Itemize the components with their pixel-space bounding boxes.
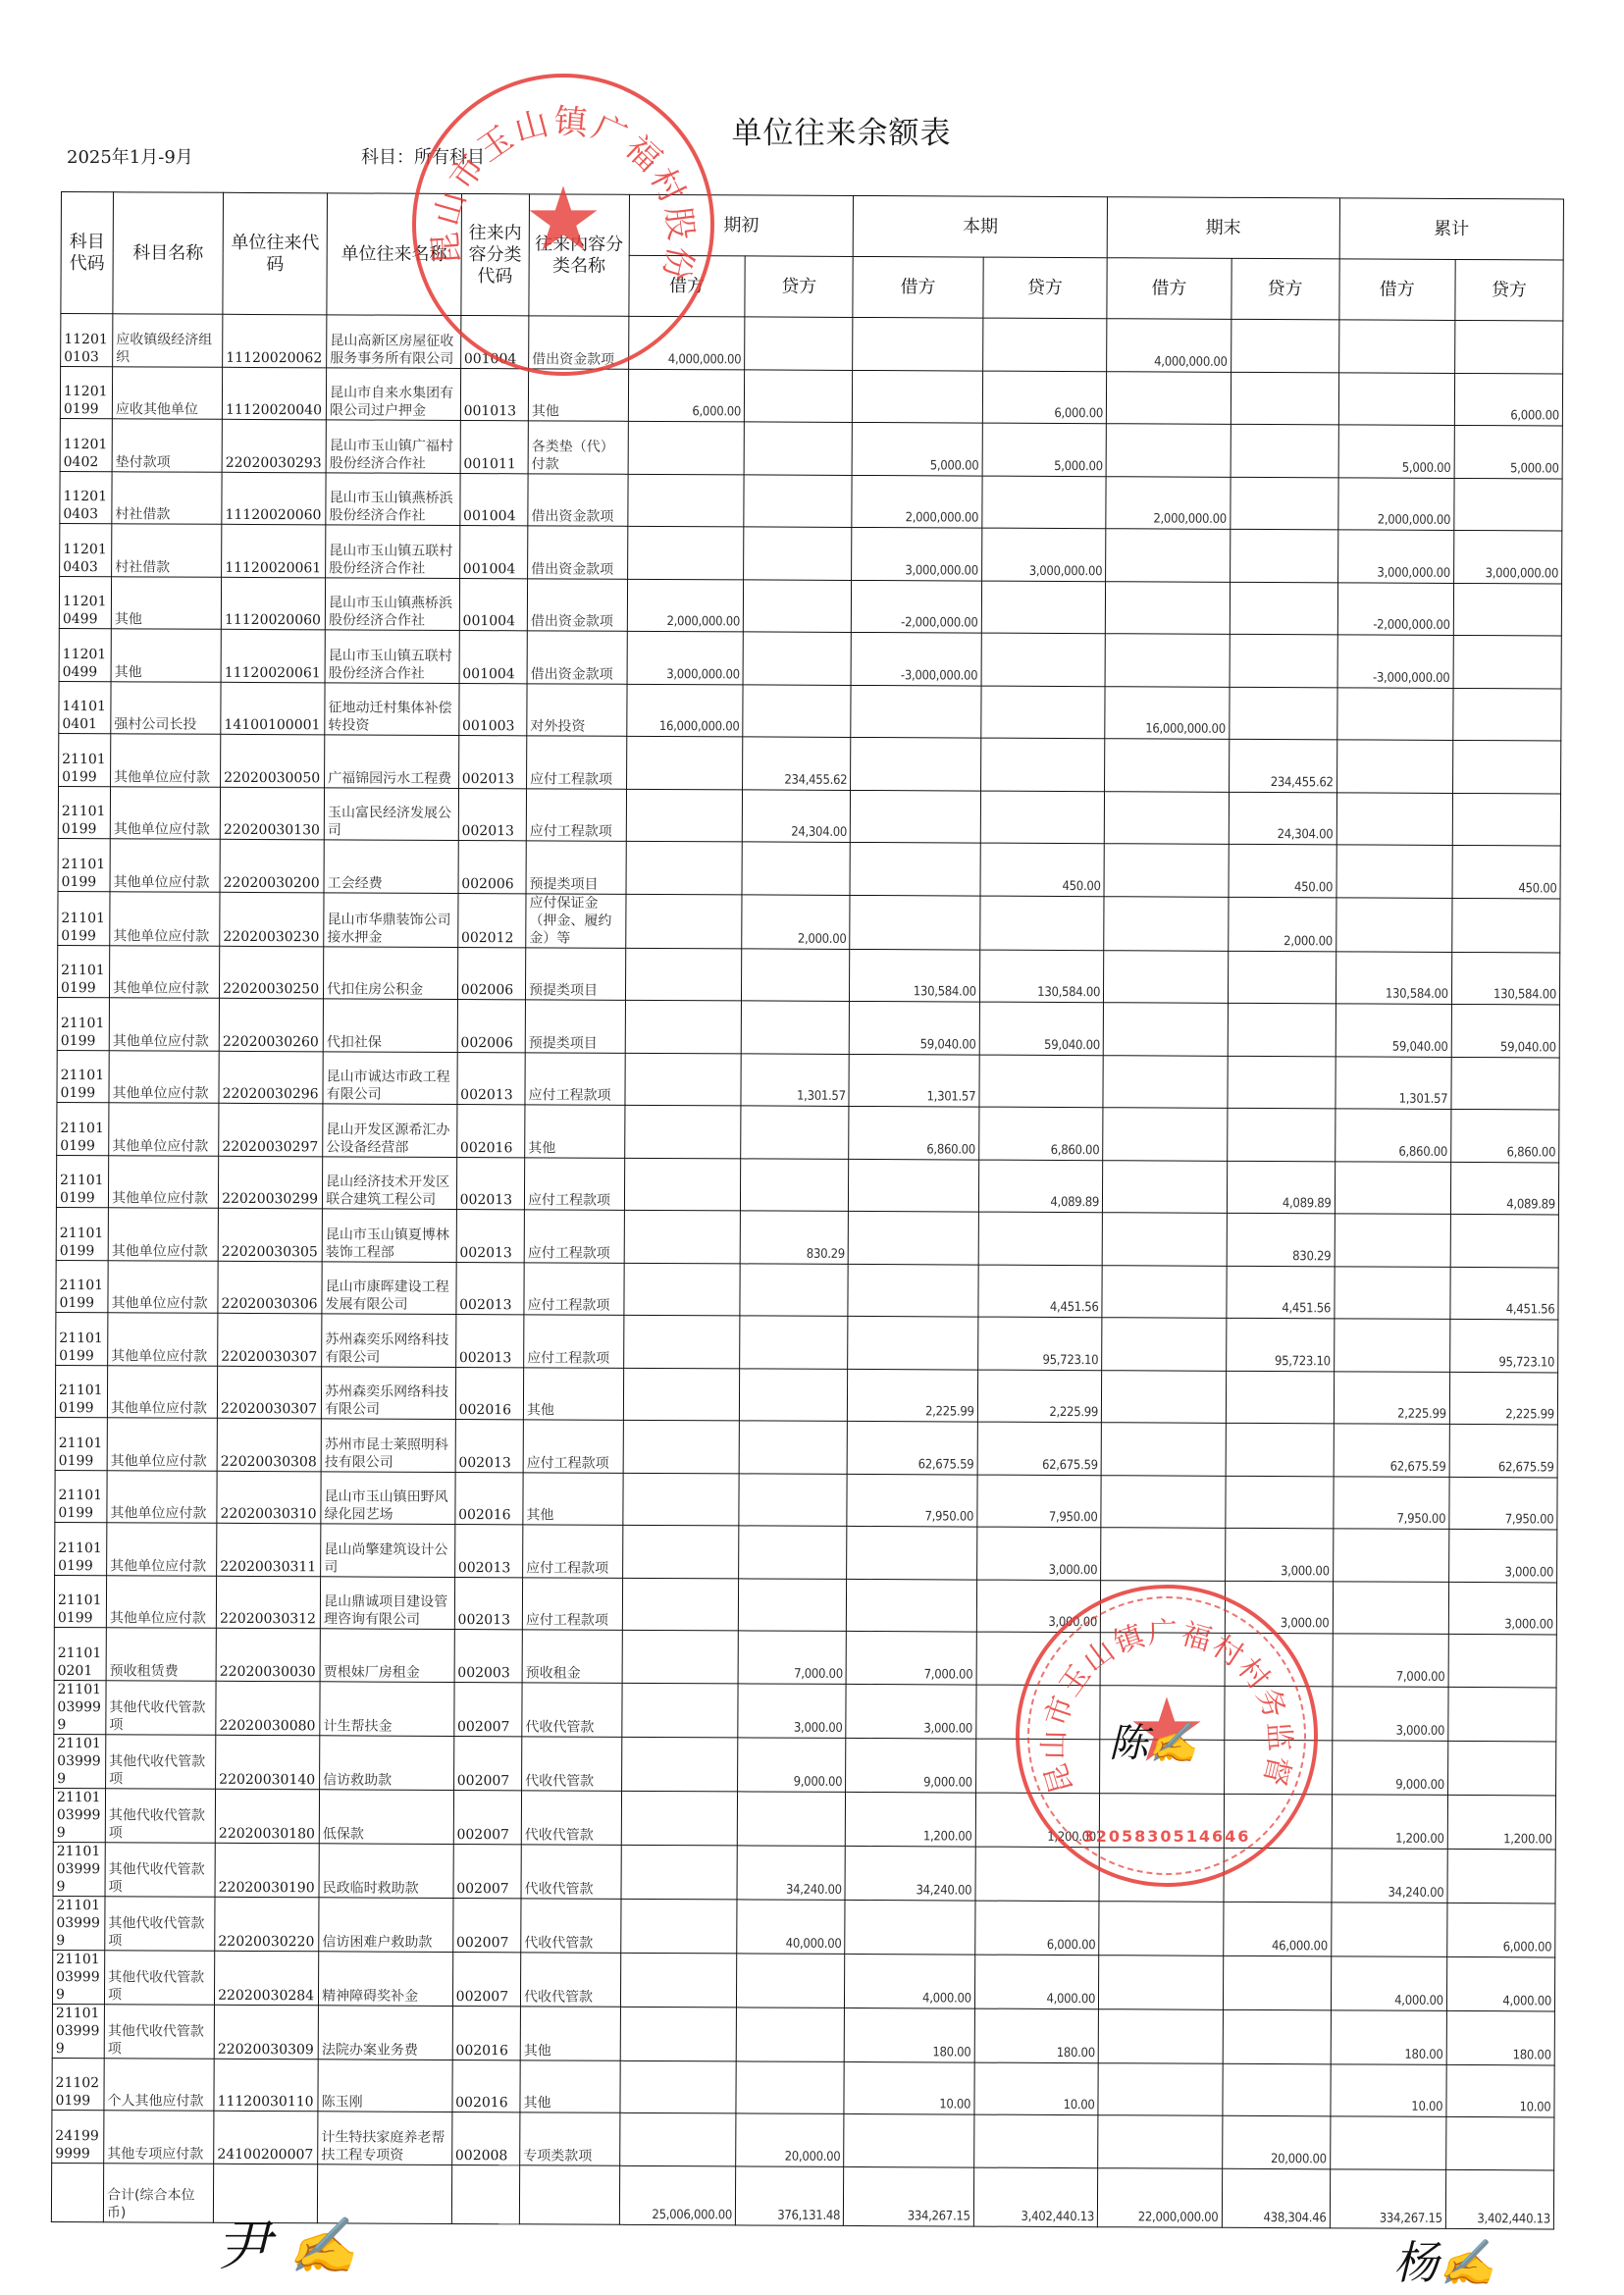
- cell-subject-name: 个人其他应付款: [104, 2058, 214, 2111]
- cell-current-credit: [973, 2114, 1098, 2167]
- cell-opening-credit: [737, 1791, 845, 1846]
- cell-category-name: 应付工程款项: [522, 1577, 622, 1630]
- cell-ending-credit: [1228, 951, 1336, 1004]
- cell-current-credit: 3,000,000.00: [981, 528, 1106, 581]
- cell-current-debit: [845, 1900, 975, 1955]
- cell-subject-name: 其他单位应付款: [107, 1523, 217, 1576]
- cell-category-code: 002007: [453, 1790, 522, 1844]
- cell-ending-debit: [1106, 371, 1231, 424]
- cell-cumulative-credit: [1453, 583, 1561, 636]
- cell-ending-debit: [1106, 424, 1231, 477]
- cell-current-debit: 3,000.00: [846, 1684, 976, 1739]
- col-cumulative-debit: 借方: [1338, 259, 1455, 321]
- cell-ending-debit: [1104, 896, 1229, 951]
- cell-unit-code: 22020030310: [217, 1471, 321, 1524]
- cell-subject-code: 211010199: [54, 1575, 106, 1628]
- cell-unit-code: 22020030230: [220, 892, 324, 947]
- subject-filter-label: 科目：所有科目: [361, 143, 485, 169]
- cell-ending-debit: [1098, 2008, 1223, 2063]
- total-ending-debit: 22,000,000.00: [1098, 2167, 1223, 2227]
- cell-category-code: 001011: [460, 420, 529, 473]
- cell-category-code: 002013: [455, 1419, 524, 1472]
- cell-ending-credit: [1230, 477, 1337, 530]
- cell-opening-debit: [626, 894, 743, 949]
- cell-unit-name: 昆山市玉山镇夏博林装饰工程部: [322, 1209, 456, 1262]
- cell-subject-name: 村社借款: [112, 471, 222, 524]
- cell-subject-name: 其他单位应付款: [110, 891, 220, 946]
- cell-opening-debit: [626, 841, 742, 894]
- cell-category-code: 002007: [454, 1682, 523, 1736]
- cell-unit-code: 22020030050: [221, 734, 325, 787]
- cell-cumulative-credit: [1453, 688, 1561, 741]
- cell-category-name: 其他: [528, 368, 628, 421]
- cell-unit-code: 22020030250: [220, 946, 324, 999]
- cell-unit-name: 苏州森奕乐网络科技有限公司: [322, 1314, 456, 1367]
- cell-opening-debit: [625, 1105, 741, 1158]
- cell-ending-credit: [1226, 1371, 1334, 1424]
- cell-unit-name: 信访困难户救助款: [319, 1897, 453, 1952]
- cell-category-name: 代收代管款: [520, 1952, 620, 2006]
- total-cumulative-debit: 334,267.15: [1330, 2168, 1446, 2228]
- cell-subject-name: 应收其他单位: [112, 366, 222, 419]
- cell-ending-debit: [1098, 2115, 1223, 2168]
- cell-category-name: 其他: [523, 1472, 623, 1525]
- cell-cumulative-debit: 3,000.00: [1332, 1686, 1448, 1741]
- cell-opening-debit: [620, 2112, 736, 2165]
- cell-opening-debit: [622, 1578, 738, 1631]
- cell-category-name: 代收代管款: [522, 1736, 622, 1790]
- cell-subject-code: 112010499: [59, 576, 111, 629]
- cell-current-credit: 10.00: [974, 2062, 1099, 2115]
- cell-category-name: 代收代管款: [521, 1790, 621, 1844]
- cell-ending-debit: [1102, 1370, 1227, 1423]
- cell-category-name: 代收代管款: [521, 1898, 621, 1952]
- cell-category-code: 002007: [452, 1898, 521, 1952]
- cell-ending-credit: 234,455.62: [1229, 739, 1336, 792]
- cell-category-name: 借出资金款项: [528, 526, 628, 579]
- cell-cumulative-debit: [1334, 1266, 1449, 1319]
- cell-current-credit: 130,584.00: [979, 950, 1104, 1003]
- cell-subject-name: 其他代收代管款项: [104, 2004, 214, 2059]
- cell-ending-credit: [1227, 1056, 1335, 1109]
- total-label: 合计(综合本位币): [103, 2163, 213, 2222]
- cell-subject-name: 其他单位应付款: [111, 734, 221, 787]
- cell-opening-debit: [624, 1210, 740, 1263]
- cell-cumulative-debit: 4,000.00: [1331, 1956, 1447, 2010]
- cell-cumulative-credit: [1452, 793, 1560, 846]
- cell-opening-debit: [620, 2007, 737, 2061]
- cell-opening-debit: 2,000,000.00: [627, 579, 743, 632]
- cell-ending-debit: [1099, 1955, 1224, 2009]
- cell-current-credit: 4,089.89: [978, 1160, 1103, 1213]
- cell-ending-credit: [1227, 1108, 1335, 1161]
- cell-cumulative-debit: 7,000.00: [1333, 1634, 1448, 1687]
- cell-current-debit: [848, 1264, 978, 1317]
- cell-unit-code: 22020030293: [222, 419, 326, 472]
- cell-subject-code: 211010199: [58, 838, 110, 891]
- cell-cumulative-credit: [1445, 2116, 1553, 2169]
- cell-category-name: 借出资金款项: [528, 473, 628, 526]
- cell-opening-debit: [624, 1263, 740, 1316]
- cell-ending-debit: [1105, 581, 1230, 634]
- cell-unit-name: 昆山高新区房屋征收服务事务所有限公司: [327, 315, 461, 368]
- cell-cumulative-debit: [1330, 2116, 1445, 2169]
- cell-current-credit: 62,675.59: [977, 1422, 1102, 1475]
- cell-unit-name: 昆山尚擎建筑设计公司: [321, 1524, 455, 1577]
- cell-current-credit: [976, 1632, 1101, 1685]
- cell-category-name: 应付工程款项: [523, 1420, 623, 1473]
- table-row: 211010201预收租赁费22020030030贾根妹厂房租金002003预收…: [54, 1627, 1556, 1687]
- cell-subject-code: 2110103999 9: [53, 1788, 105, 1842]
- cell-subject-name: 其他: [111, 629, 221, 682]
- cell-category-code: 002007: [453, 1736, 522, 1790]
- table-row: 211010199其他单位应付款22020030230昆山市华鼎装饰公司接水押金…: [58, 891, 1560, 952]
- signature-bottom-right: 杨✍: [1393, 2227, 1494, 2292]
- cell-cumulative-debit: [1336, 845, 1452, 898]
- cell-category-name: 其他: [523, 1367, 623, 1420]
- cell-ending-credit: 450.00: [1229, 844, 1336, 897]
- cell-category-code: 002013: [458, 788, 527, 841]
- cell-cumulative-credit: 3,000.00: [1448, 1529, 1556, 1582]
- cell-category-code: 001004: [459, 630, 528, 683]
- cell-current-credit: [979, 1055, 1104, 1108]
- cell-ending-debit: [1104, 844, 1229, 897]
- cell-unit-code: 11120020060: [221, 577, 325, 630]
- cell-unit-name: 昆山市玉山镇燕桥浜股份经济合作社: [325, 577, 459, 630]
- cell-cumulative-debit: 34,240.00: [1332, 1848, 1448, 1903]
- cell-cumulative-credit: [1450, 1214, 1558, 1267]
- cell-subject-code: 2110103999 9: [53, 1842, 105, 1896]
- cell-cumulative-credit: 1,200.00: [1447, 1795, 1555, 1850]
- cell-ending-credit: 830.29: [1227, 1213, 1335, 1266]
- cell-ending-credit: 46,000.00: [1223, 1902, 1331, 1956]
- cell-current-debit: [848, 1316, 978, 1369]
- cell-opening-debit: [622, 1630, 738, 1683]
- cell-cumulative-credit: 2,225.99: [1449, 1372, 1557, 1425]
- cell-current-debit: [851, 790, 981, 843]
- cell-cumulative-debit: [1331, 1902, 1447, 1956]
- cell-opening-credit: [739, 1526, 847, 1579]
- cell-opening-debit: [621, 1791, 738, 1846]
- cell-subject-code: 112010199: [60, 366, 112, 419]
- cell-cumulative-debit: [1336, 687, 1452, 740]
- cell-cumulative-debit: 1,200.00: [1332, 1794, 1448, 1849]
- cell-cumulative-debit: [1335, 1161, 1450, 1214]
- table-row: 211010199其他单位应付款22020030306昆山市康晖建设工程发展有限…: [56, 1260, 1558, 1320]
- cell-subject-code: 211010199: [58, 891, 110, 945]
- cell-subject-name: 其他单位应付款: [109, 998, 219, 1051]
- table-row: 211010199其他单位应付款22020030312昆山鼎诚项目建设管理咨询有…: [54, 1575, 1556, 1635]
- cell-opening-credit: [743, 632, 851, 685]
- cell-ending-debit: [1106, 529, 1231, 582]
- cell-cumulative-credit: [1454, 478, 1562, 531]
- cell-ending-credit: [1224, 1686, 1332, 1741]
- cell-cumulative-debit: 7,950.00: [1333, 1476, 1448, 1529]
- cell-current-credit: 1,200.00: [975, 1793, 1100, 1848]
- cell-current-debit: 9,000.00: [846, 1738, 976, 1793]
- cell-cumulative-credit: 59,040.00: [1451, 1004, 1559, 1057]
- cell-opening-debit: [626, 789, 742, 842]
- cell-unit-code: 11120020060: [222, 472, 326, 525]
- cell-current-credit: [978, 1212, 1103, 1265]
- cell-category-code: 002003: [454, 1629, 523, 1682]
- cell-cumulative-debit: 59,040.00: [1336, 1004, 1451, 1057]
- cell-cumulative-debit: 10.00: [1331, 2063, 1446, 2116]
- cell-current-credit: [982, 318, 1107, 371]
- cell-ending-debit: [1103, 1108, 1228, 1161]
- cell-category-code: 002013: [454, 1524, 523, 1577]
- cell-category-code: 001004: [460, 315, 529, 368]
- cell-ending-debit: [1104, 950, 1229, 1003]
- cell-ending-credit: 2,000.00: [1228, 897, 1336, 952]
- cell-subject-name: 其他单位应付款: [109, 945, 219, 998]
- cell-subject-code: 211010199: [56, 1155, 108, 1208]
- cell-opening-credit: [736, 2060, 844, 2113]
- cell-ending-credit: [1229, 687, 1336, 740]
- table-row: 211010199其他单位应付款22020030200工会经费002006预提类…: [58, 838, 1560, 898]
- cell-ending-debit: [1103, 1003, 1228, 1056]
- cell-unit-code: 22020030311: [217, 1523, 321, 1576]
- cell-opening-credit: [743, 684, 851, 737]
- balance-table: 科目代码 科目名称 单位往来代码 单位往来名称 往来内容分类代码 往来内容分类名…: [51, 191, 1564, 2229]
- cell-category-name: 预提类项目: [525, 947, 625, 1000]
- cell-opening-debit: [625, 1053, 741, 1106]
- cell-unit-code: 22020030284: [215, 1951, 319, 2006]
- cell-category-code: 002013: [456, 1209, 525, 1262]
- cell-opening-credit: 7,000.00: [738, 1631, 846, 1684]
- cell-cumulative-debit: 5,000.00: [1338, 425, 1454, 478]
- cell-cumulative-credit: 3,000.00: [1448, 1582, 1556, 1635]
- cell-current-credit: [982, 476, 1107, 529]
- cell-opening-credit: [741, 1158, 849, 1211]
- cell-cumulative-debit: 2,225.99: [1334, 1371, 1449, 1424]
- cell-ending-credit: [1225, 1633, 1333, 1686]
- cell-cumulative-credit: 4,451.56: [1450, 1267, 1558, 1320]
- cell-cumulative-debit: [1336, 897, 1452, 952]
- cell-opening-debit: [620, 2060, 736, 2113]
- cell-unit-code: 22020030140: [216, 1735, 320, 1790]
- cell-opening-debit: [623, 1525, 739, 1578]
- cell-ending-debit: [1103, 1055, 1228, 1108]
- cell-opening-debit: [624, 1315, 740, 1368]
- cell-cumulative-debit: [1335, 1214, 1450, 1267]
- cell-current-debit: -2,000,000.00: [852, 580, 982, 633]
- col-cumulative-credit: 贷方: [1455, 259, 1563, 321]
- cell-subject-name: 垫付款项: [112, 419, 222, 472]
- cell-category-name: 代收代管款: [522, 1682, 622, 1736]
- cell-ending-debit: [1099, 1847, 1224, 1902]
- cell-ending-credit: 20,000.00: [1222, 2115, 1330, 2168]
- cell-current-credit: [976, 1685, 1101, 1740]
- cell-ending-credit: 95,723.10: [1226, 1318, 1334, 1371]
- cell-ending-debit: [1104, 791, 1229, 844]
- cell-opening-debit: [621, 1899, 738, 1954]
- cell-current-debit: 62,675.59: [847, 1421, 977, 1474]
- cell-unit-code: 22020030030: [216, 1628, 320, 1681]
- cell-category-code: 002007: [452, 1952, 521, 2006]
- cell-category-code: 002016: [455, 1367, 524, 1420]
- cell-subject-code: 112010402: [60, 418, 112, 471]
- cell-opening-debit: [621, 1737, 738, 1792]
- cell-subject-name: 其他代收代管款项: [105, 1896, 215, 1951]
- col-current-credit: 贷方: [983, 257, 1108, 319]
- cell-subject-name: 其他单位应付款: [109, 1103, 219, 1156]
- cell-category-code: 002006: [457, 999, 526, 1052]
- cell-opening-credit: 20,000.00: [736, 2113, 844, 2166]
- cell-cumulative-credit: [1451, 1057, 1559, 1110]
- cell-unit-code: 22020030190: [215, 1843, 319, 1898]
- cell-cumulative-credit: 95,723.10: [1449, 1319, 1557, 1372]
- cell-opening-credit: [744, 474, 852, 527]
- cell-ending-credit: [1223, 1956, 1331, 2010]
- cell-ending-credit: [1225, 1476, 1333, 1529]
- cell-current-credit: [981, 686, 1106, 739]
- header-row-groups: 科目代码 科目名称 单位往来代码 单位往来名称 往来内容分类代码 往来内容分类名…: [61, 192, 1563, 260]
- col-current-debit: 借方: [853, 256, 983, 318]
- cell-current-credit: [979, 896, 1104, 951]
- cell-current-debit: [851, 685, 981, 738]
- cell-cumulative-debit: 3,000,000.00: [1337, 530, 1453, 583]
- cell-unit-name: 代扣社保: [323, 999, 457, 1052]
- cell-current-debit: [851, 737, 981, 790]
- cell-cumulative-debit: 130,584.00: [1336, 951, 1451, 1004]
- cell-subject-code: 211020199: [52, 2058, 104, 2111]
- cell-category-name: 借出资金款项: [527, 578, 627, 631]
- total-current-credit: 3,402,440.13: [973, 2167, 1098, 2227]
- cell-opening-debit: [624, 1158, 740, 1211]
- cell-subject-name: 其他单位应付款: [108, 1260, 218, 1313]
- col-opening-credit: 贷方: [745, 256, 853, 318]
- cell-subject-name: 其他单位应付款: [108, 1313, 218, 1366]
- cell-current-credit: 6,860.00: [978, 1107, 1103, 1160]
- cell-cumulative-debit: 1,301.57: [1336, 1056, 1451, 1109]
- cell-cumulative-credit: [1452, 898, 1560, 953]
- cell-current-debit: 3,000,000.00: [852, 527, 982, 580]
- cell-subject-name: 其他代收代管款项: [105, 1842, 215, 1897]
- col-opening-debit: 借方: [629, 255, 746, 317]
- cell-unit-name: 代扣住房公积金: [324, 946, 458, 999]
- total-current-debit: 334,267.15: [844, 2166, 974, 2226]
- cell-opening-debit: [620, 1953, 737, 2008]
- cell-ending-credit: [1231, 424, 1338, 477]
- cell-subject-code: 211010199: [55, 1470, 107, 1523]
- cell-opening-credit: [744, 422, 852, 475]
- group-ending: 期末: [1107, 197, 1339, 259]
- cell-ending-credit: [1231, 319, 1338, 372]
- cell-subject-code: 211010199: [55, 1522, 107, 1575]
- cell-category-name: 应付保证金（押金、履约金）等: [526, 893, 626, 947]
- cell-ending-debit: 4,000,000.00: [1107, 319, 1231, 372]
- table-row: 112010499其他11120020061昆山市玉山镇五联村股份经济合作社00…: [59, 628, 1561, 688]
- cell-unit-name: 昆山经济技术开发区联合建筑工程公司: [323, 1156, 457, 1209]
- cell-current-credit: 6,000.00: [974, 1901, 1099, 1956]
- cell-cumulative-credit: 5,000.00: [1454, 425, 1562, 478]
- cell-cumulative-credit: 7,950.00: [1449, 1477, 1557, 1530]
- col-ending-credit: 贷方: [1231, 258, 1338, 320]
- cell-unit-code: 11120030110: [214, 2059, 318, 2112]
- cell-subject-code: 2110103999 9: [54, 1734, 106, 1788]
- cell-current-credit: 180.00: [974, 2008, 1099, 2063]
- cell-cumulative-debit: [1334, 1319, 1449, 1372]
- cell-opening-debit: 6,000.00: [628, 369, 744, 422]
- col-subject-code: 科目代码: [61, 192, 114, 314]
- table-row: 211010199其他单位应付款22020030310昆山市玉山镇田野风绿化园艺…: [55, 1470, 1557, 1530]
- cell-opening-credit: [741, 1001, 849, 1054]
- cell-category-code: 002013: [455, 1314, 524, 1367]
- table-row: 2110103999 9其他代收代管款项22020030190民政临时救助款00…: [53, 1842, 1555, 1903]
- cell-opening-debit: 3,000,000.00: [627, 631, 743, 684]
- cell-cumulative-debit: -3,000,000.00: [1337, 635, 1453, 688]
- cell-opening-credit: 1,301.57: [741, 1053, 849, 1106]
- cell-unit-code: 22020030306: [218, 1261, 322, 1314]
- cell-current-credit: [980, 791, 1105, 844]
- cell-category-name: 应付工程款项: [525, 1052, 625, 1105]
- group-cumulative: 累计: [1339, 198, 1564, 260]
- cell-current-debit: -3,000,000.00: [851, 632, 981, 685]
- cell-category-code: 002012: [457, 893, 526, 947]
- cell-category-code: 002016: [455, 1472, 524, 1525]
- cell-unit-name: 民政临时救助款: [319, 1843, 453, 1898]
- cell-opening-credit: [737, 1953, 845, 2008]
- cell-current-debit: 5,000.00: [852, 422, 982, 475]
- table-row: 211010199其他单位应付款22020030307苏州森奕乐网络科技有限公司…: [55, 1365, 1557, 1425]
- cell-opening-credit: 2,000.00: [742, 894, 850, 949]
- cell-unit-code: 22020030297: [219, 1103, 323, 1156]
- cell-ending-debit: [1100, 1633, 1225, 1686]
- cell-opening-debit: [627, 526, 743, 579]
- cell-unit-code: 11120020040: [222, 367, 326, 420]
- col-category-code: 往来内容分类代码: [461, 193, 530, 315]
- cell-subject-code: 211010199: [57, 945, 109, 998]
- cell-subject-name: 其他单位应付款: [106, 1575, 216, 1628]
- cell-current-credit: 2,225.99: [977, 1370, 1102, 1423]
- cell-opening-debit: [622, 1683, 739, 1738]
- cell-category-code: 002006: [457, 947, 526, 1000]
- table-row: 211010199其他单位应付款22020030305昆山市玉山镇夏博林装饰工程…: [56, 1207, 1558, 1267]
- cell-category-name: 各类垫（代）付款: [528, 421, 628, 474]
- cell-unit-name: 昆山开发区源希汇办公设备经营部: [323, 1104, 457, 1157]
- cell-subject-code: 2110103999 9: [52, 2004, 104, 2058]
- cell-unit-name: 昆山市华鼎装饰公司接水押金: [324, 892, 458, 947]
- table-row: 211020199个人其他应付款11120030110陈玉刚002016其他10…: [52, 2058, 1554, 2117]
- cell-opening-credit: [740, 1263, 848, 1316]
- cell-opening-credit: [738, 1578, 846, 1631]
- cell-current-credit: [981, 633, 1106, 686]
- table-row: 112010403村社借款11120020060昆山市玉山镇燕桥浜股份经济合作社…: [60, 471, 1562, 531]
- cell-opening-credit: [744, 527, 852, 580]
- table-row: 211010199其他单位应付款22020030308苏州市昆士莱照明科技有限公…: [55, 1417, 1557, 1477]
- cell-subject-code: 211010199: [55, 1365, 107, 1418]
- cell-current-debit: 1,301.57: [849, 1054, 979, 1107]
- cell-subject-name: 其他代收代管款项: [106, 1734, 216, 1789]
- cell-subject-code: 2110103999 9: [53, 1896, 105, 1950]
- cell-opening-debit: 4,000,000.00: [629, 316, 745, 369]
- cell-category-name: 应付工程款项: [524, 1315, 624, 1368]
- total-ending-credit: 438,304.46: [1222, 2168, 1330, 2228]
- cell-ending-debit: [1101, 1528, 1226, 1581]
- cell-ending-debit: 16,000,000.00: [1105, 686, 1230, 739]
- cell-unit-code: 24100200007: [214, 2111, 318, 2164]
- cell-subject-code: 211010199: [59, 733, 111, 786]
- cell-opening-credit: [736, 2007, 844, 2061]
- table-row: 2110103999 9其他代收代管款项22020030284精神障碍奖补金00…: [52, 1950, 1554, 2010]
- table-row: 112010103应收镇级经济组织11120020062昆山高新区房屋征收服务事…: [61, 314, 1563, 374]
- cell-subject-code: 211010199: [56, 1312, 108, 1365]
- cell-current-debit: 10.00: [844, 2061, 974, 2114]
- cell-category-name: 预提类项目: [526, 841, 626, 894]
- cell-ending-debit: [1102, 1265, 1227, 1318]
- cell-opening-debit: 16,000,000.00: [627, 684, 743, 737]
